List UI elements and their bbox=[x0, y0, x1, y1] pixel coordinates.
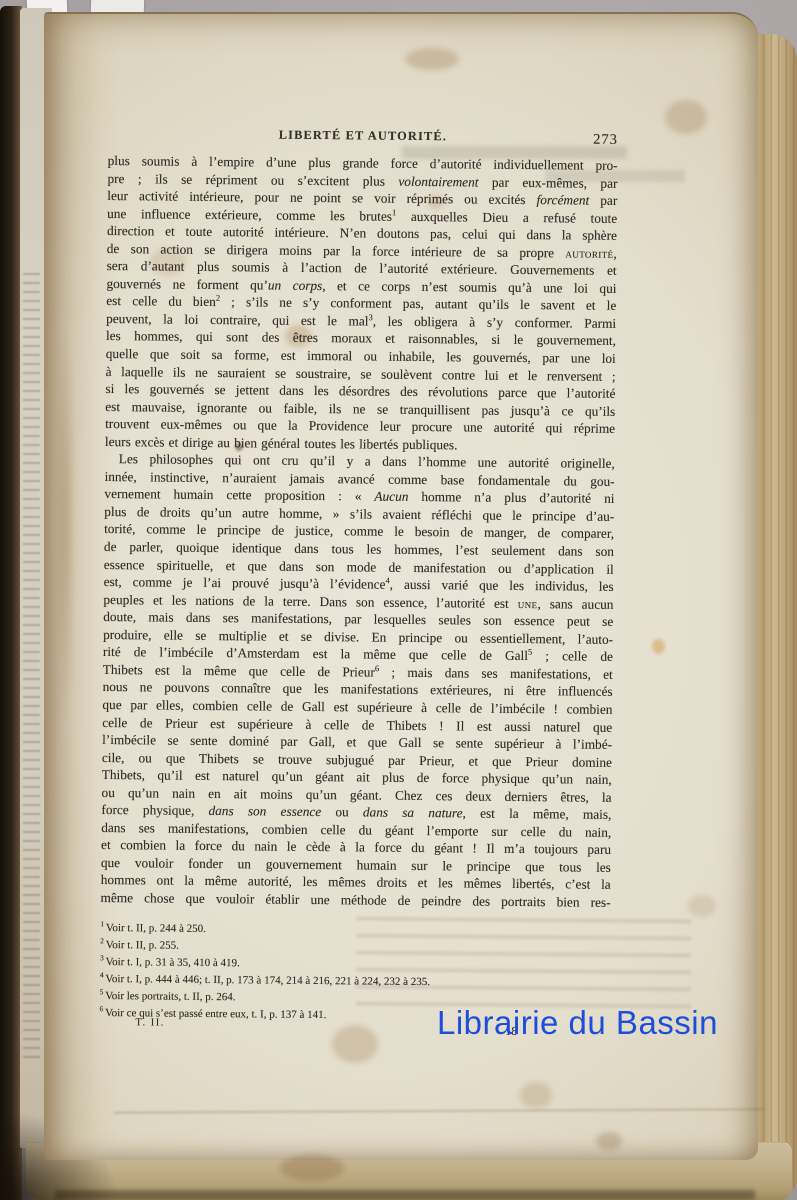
page-header: LIBERTÉ ET AUTORITÉ. 273 bbox=[108, 126, 618, 155]
footnote-ref: 1 bbox=[392, 207, 396, 217]
small-caps-text: autorité bbox=[565, 245, 613, 260]
tome-mark: T. II. bbox=[135, 1017, 165, 1028]
italic-text: un corps bbox=[268, 277, 322, 293]
footnote-number: 5 bbox=[100, 988, 106, 997]
page-crease bbox=[114, 1108, 764, 1113]
italic-text: Aucun bbox=[374, 489, 408, 504]
foxing-spot bbox=[596, 1132, 622, 1150]
footnote-ref: 5 bbox=[528, 647, 532, 657]
facing-page-text-ghost bbox=[23, 273, 40, 1063]
italic-text: dans son essence bbox=[208, 803, 321, 819]
body-line: même chose que vouloir établir une métho… bbox=[101, 889, 611, 911]
footnote-number: 4 bbox=[100, 970, 106, 979]
foxing-spot bbox=[520, 1082, 552, 1108]
body-text: plus soumis à l’empire d’une plus grande… bbox=[101, 152, 618, 911]
footnote-number: 2 bbox=[100, 936, 106, 945]
foxing-spot bbox=[405, 48, 459, 70]
footnote-number: 6 bbox=[99, 1005, 105, 1014]
italic-text: volontairement bbox=[398, 173, 478, 189]
foxing-spot bbox=[688, 895, 716, 917]
book-photo: LIBERTÉ ET AUTORITÉ. 273 plus soumis à l… bbox=[0, 0, 797, 1200]
footnote-ref: 3 bbox=[369, 312, 373, 322]
italic-text: dans sa nature bbox=[363, 805, 463, 821]
foxing-spot bbox=[280, 1155, 344, 1181]
small-caps-text: une bbox=[518, 596, 538, 611]
footnote-number: 1 bbox=[100, 919, 106, 928]
printed-text: LIBERTÉ ET AUTORITÉ. 273 plus soumis à l… bbox=[99, 126, 618, 1037]
footnote-ref: 4 bbox=[385, 575, 389, 585]
spine-edge bbox=[0, 6, 22, 1200]
page-number: 273 bbox=[593, 132, 618, 149]
italic-text: forcément bbox=[537, 192, 590, 208]
footnote-ref: 2 bbox=[216, 293, 220, 303]
foxing-spot bbox=[652, 639, 665, 654]
foxing-spot bbox=[665, 100, 707, 134]
footnote-number: 3 bbox=[100, 953, 106, 962]
gutter-stain bbox=[52, 264, 78, 784]
footnote-ref: 6 bbox=[375, 663, 379, 673]
bottom-shadow bbox=[55, 1190, 755, 1200]
watermark: Librairie du Bassin bbox=[437, 1004, 718, 1042]
